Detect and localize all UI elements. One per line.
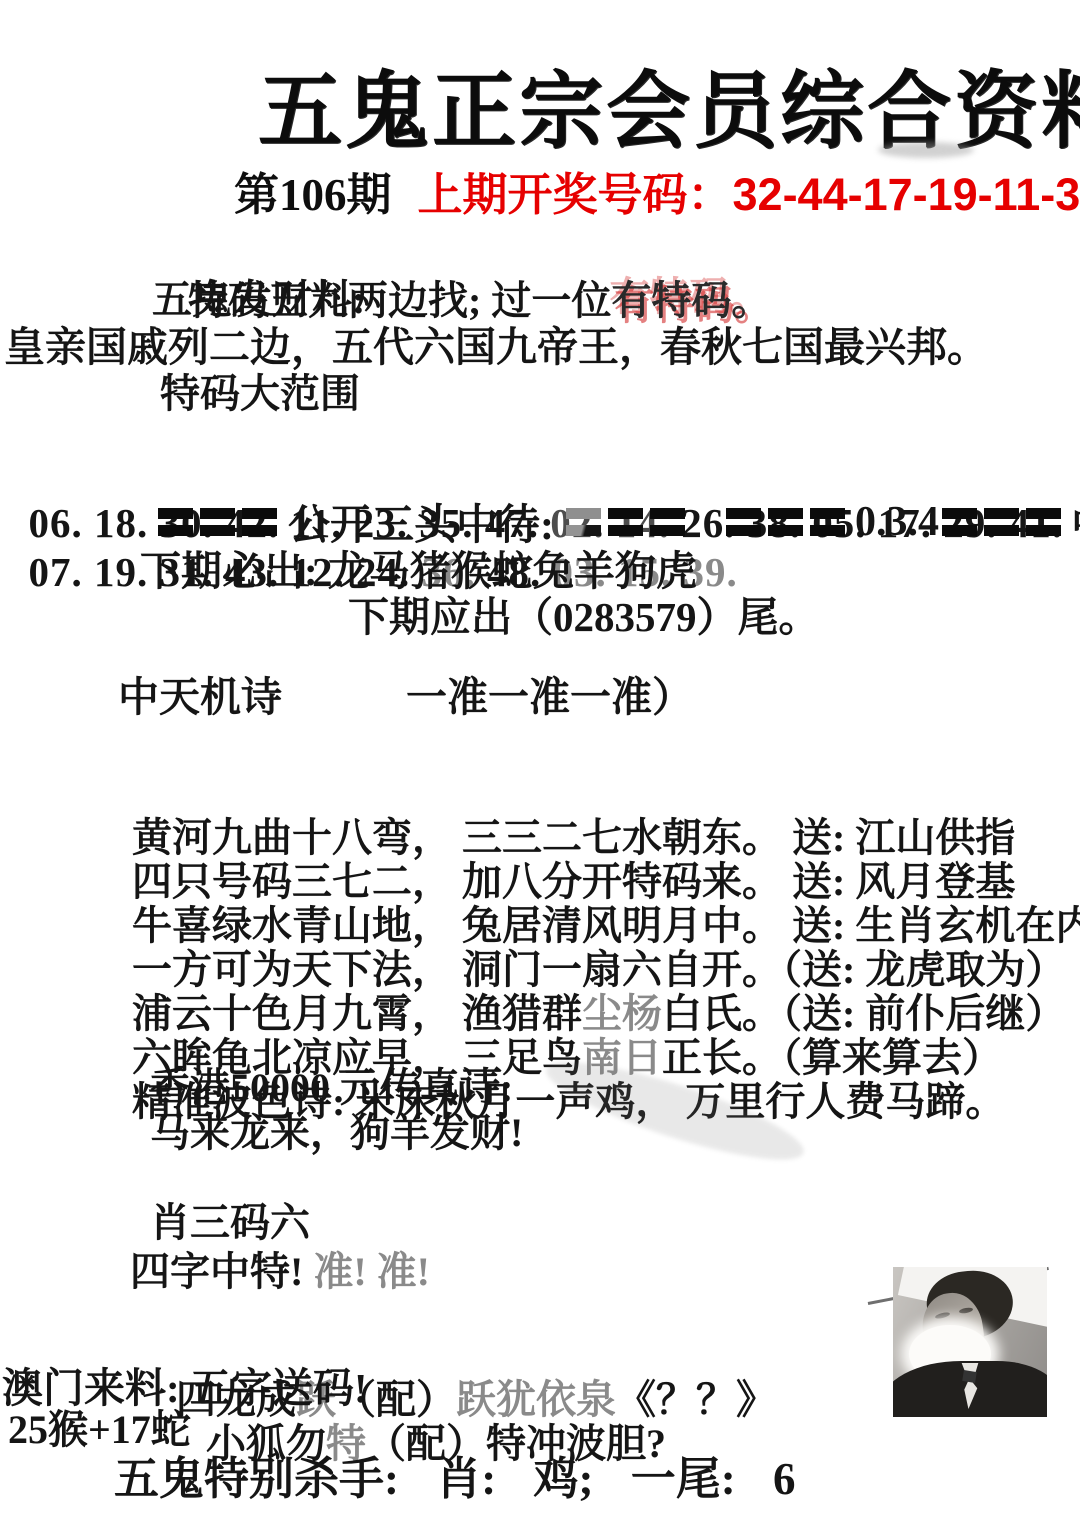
bar-unit-icon <box>768 506 803 538</box>
bar-group-3 <box>726 505 852 539</box>
bar-unit-icon <box>608 506 643 538</box>
issue-number: 第106期 <box>234 158 392 223</box>
bar-unit-icon <box>810 506 845 538</box>
issue-row: 第106期 上期开奖号码：32-44-17-19-11-36+28 <box>234 158 1080 223</box>
bar-unit-icon <box>1026 506 1061 538</box>
bar-unit-icon <box>566 506 601 538</box>
bar-unit-icon <box>242 506 277 538</box>
photo-tie-knot <box>962 1370 977 1383</box>
wealth-tip-poem: 皇亲国戚列二边，五代六国九帝王，春秋七国最兴邦。 <box>4 314 988 373</box>
bar-unit-icon <box>650 506 685 538</box>
bar-group-4 <box>942 505 1068 539</box>
next-draw-should: 下期应出（0283579）尾。 <box>348 584 820 643</box>
bar-unit-icon <box>158 506 193 538</box>
special-killer-line: 五鬼特别杀手: 肖: 鸡; 一尾: 6 <box>114 1442 795 1507</box>
tip-sheet-page: 五鬼正宗会员综合资料 第106期 上期开奖号码：32-44-17-19-11-3… <box>0 0 1080 1527</box>
bars-mid-numbers: 0.3.4 <box>855 498 939 546</box>
bars-tail-char: 中 <box>1071 492 1080 552</box>
bar-group-2 <box>566 505 692 539</box>
portrait-photo <box>893 1267 1047 1417</box>
fax-zodiac-line: 肖三码六 <box>150 1191 310 1248</box>
bar-unit-icon <box>200 506 235 538</box>
bar-group-1 <box>158 505 284 539</box>
bar-unit-icon <box>726 506 761 538</box>
ink-smudge <box>878 142 974 158</box>
bar-unit-icon <box>942 506 977 538</box>
bar-unit-icon <box>984 506 1019 538</box>
last-draw-numbers: 上期开奖号码：32-44-17-19-11-36+28 <box>418 158 1080 223</box>
